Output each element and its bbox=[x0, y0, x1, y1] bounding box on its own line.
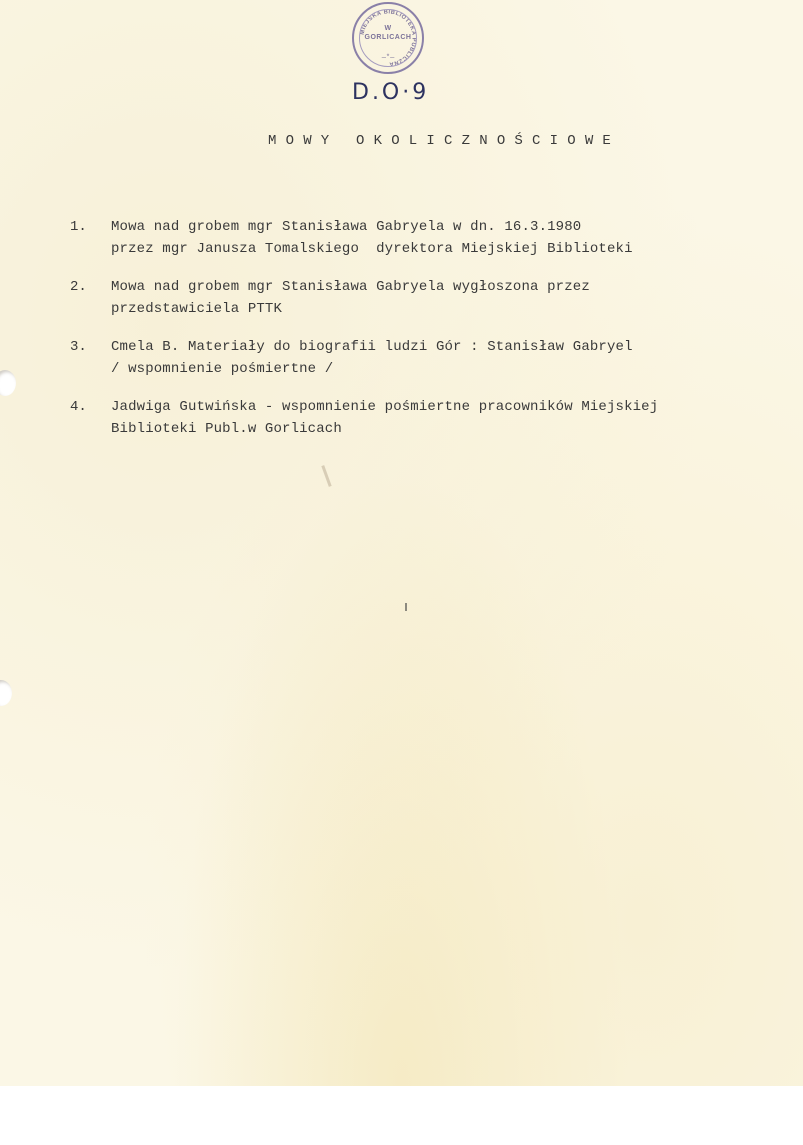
item-number: 4. bbox=[70, 396, 110, 418]
svg-text:MIEJSKA BIBLIOTEKA PUBLICZNA: MIEJSKA BIBLIOTEKA PUBLICZNA bbox=[360, 9, 417, 66]
stamp-center-line2: GORLICACH bbox=[354, 33, 422, 42]
item-text-line: Biblioteki Publ.w Gorlicach bbox=[111, 418, 790, 440]
item-text-line: przez mgr Janusza Tomalskiego dyrektora … bbox=[111, 238, 790, 260]
item-number: 2. bbox=[70, 276, 110, 298]
item-text-line: przedstawiciela PTTK bbox=[111, 298, 790, 320]
stamp-center-line1: W bbox=[354, 24, 422, 33]
stamp-center: W GORLICACH bbox=[354, 24, 422, 42]
stamp-ring-label: MIEJSKA BIBLIOTEKA PUBLICZNA bbox=[360, 9, 417, 66]
item-text: Cmela B. Materiały do biografii ludzi Gó… bbox=[111, 336, 790, 380]
library-stamp: MIEJSKA BIBLIOTEKA PUBLICZNA W GORLICACH… bbox=[352, 2, 424, 74]
list-item: 1.Mowa nad grobem mgr Stanisława Gabryel… bbox=[70, 216, 790, 260]
list-item: 2.Mowa nad grobem mgr Stanisława Gabryel… bbox=[70, 276, 790, 320]
document-title: MOWY OKOLICZNOŚCIOWE bbox=[268, 133, 620, 149]
item-text-line: Mowa nad grobem mgr Stanisława Gabryela … bbox=[111, 276, 790, 298]
item-text: Jadwiga Gutwińska - wspomnienie pośmiert… bbox=[111, 396, 790, 440]
handwritten-signature: D.O·9 bbox=[352, 80, 429, 105]
item-number: 1. bbox=[70, 216, 110, 238]
item-text-line: Mowa nad grobem mgr Stanisława Gabryela … bbox=[111, 216, 790, 238]
item-number: 3. bbox=[70, 336, 110, 358]
item-text: Mowa nad grobem mgr Stanisława Gabryela … bbox=[111, 216, 790, 260]
stamp-bottom-mark: —*— bbox=[354, 54, 422, 62]
document-page: MIEJSKA BIBLIOTEKA PUBLICZNA W GORLICACH… bbox=[0, 0, 803, 1086]
list-item: 3.Cmela B. Materiały do biografii ludzi … bbox=[70, 336, 790, 380]
paper-stain bbox=[321, 465, 331, 487]
ink-mark bbox=[405, 603, 407, 611]
punch-hole bbox=[0, 370, 16, 396]
speech-list: 1.Mowa nad grobem mgr Stanisława Gabryel… bbox=[70, 216, 790, 456]
item-text-line: / wspomnienie pośmiertne / bbox=[111, 358, 790, 380]
item-text-line: Cmela B. Materiały do biografii ludzi Gó… bbox=[111, 336, 790, 358]
item-text-line: Jadwiga Gutwińska - wspomnienie pośmiert… bbox=[111, 396, 790, 418]
list-item: 4.Jadwiga Gutwińska - wspomnienie pośmie… bbox=[70, 396, 790, 440]
item-text: Mowa nad grobem mgr Stanisława Gabryela … bbox=[111, 276, 790, 320]
punch-hole bbox=[0, 680, 12, 706]
